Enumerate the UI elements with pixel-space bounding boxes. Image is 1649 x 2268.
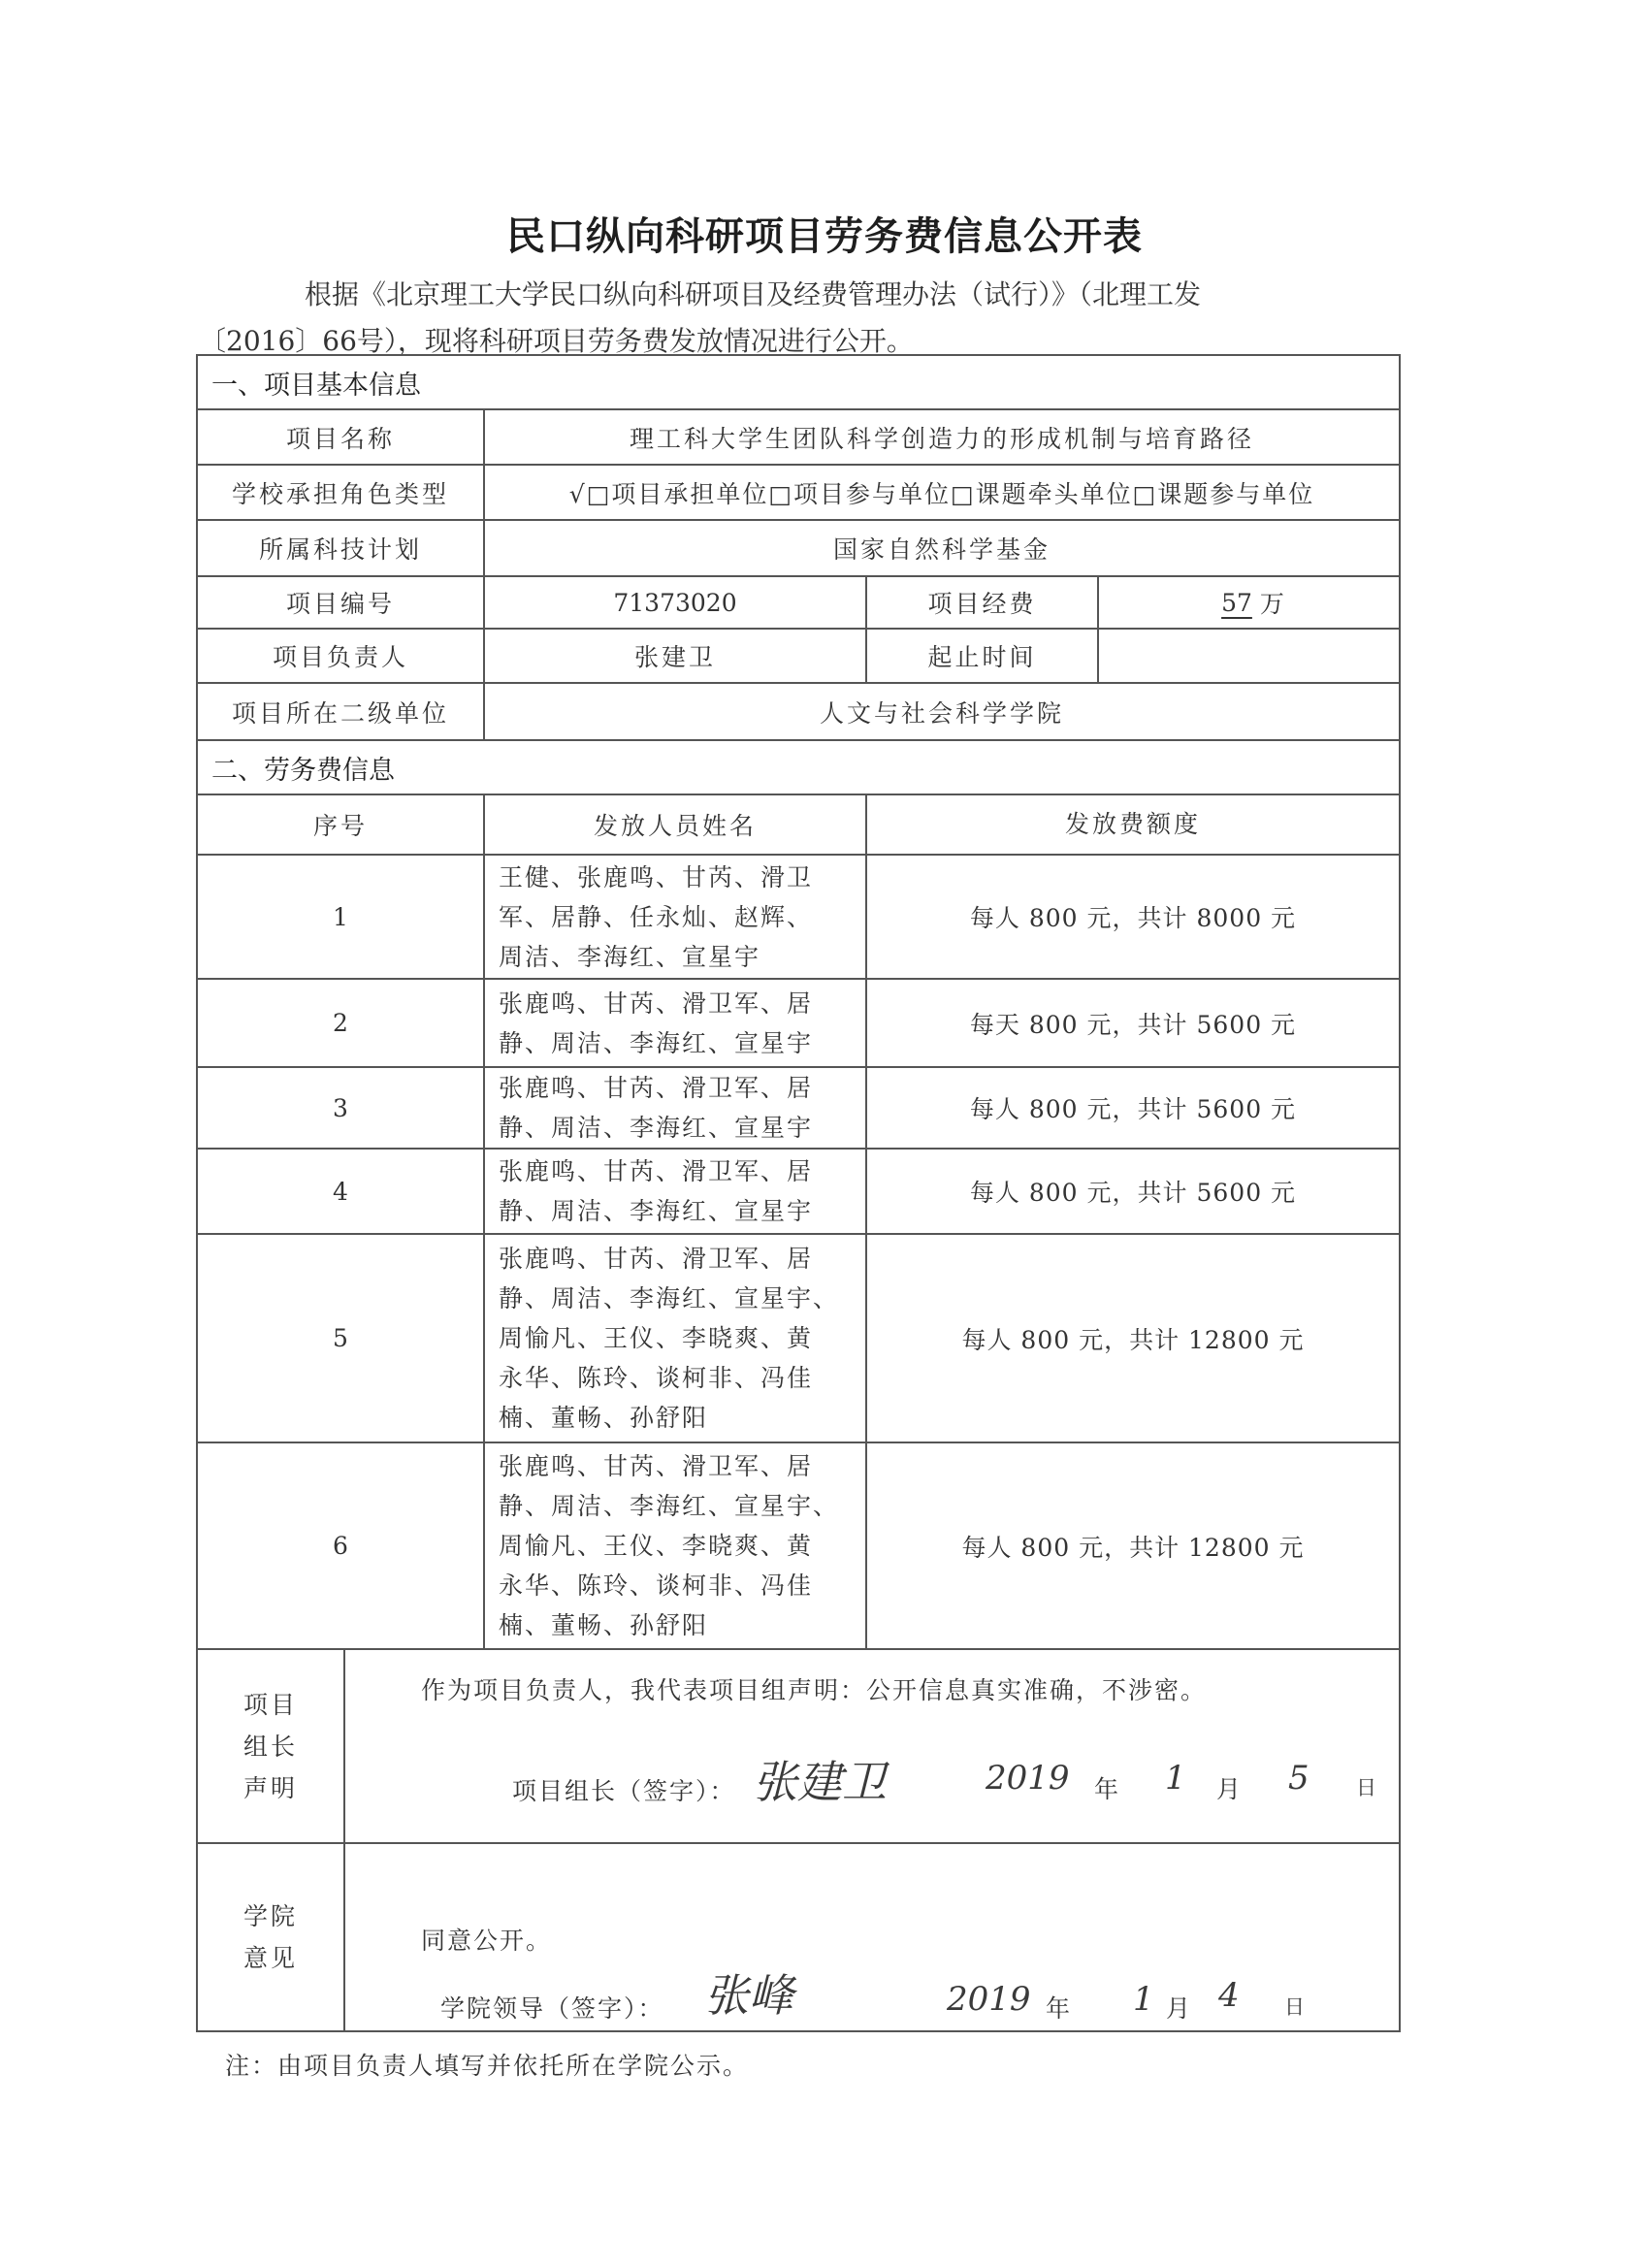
leader-signature: 张建卫 (753, 1747, 887, 1811)
names-line: 静、周洁、李海红、宣星宇 (499, 1023, 813, 1063)
project-number-label: 项目编号 (196, 575, 485, 630)
period-label: 起止时间 (865, 628, 1099, 684)
row-5-number: 5 (196, 1233, 485, 1443)
disclosure-table: 一、项目基本信息 项目名称 理工科大学生团队科学创造力的形成机制与培育路径 学校… (196, 354, 1401, 2032)
footnote: 注：由项目负责人填写并依托所在学院公示。 (225, 2047, 749, 2082)
row-5-amount: 每人 800 元，共计 12800 元 (865, 1233, 1401, 1443)
names-line: 张鹿鸣、甘芮、滑卫军、居 (499, 1446, 839, 1486)
names-line: 张鹿鸣、甘芮、滑卫军、居 (499, 1239, 839, 1279)
row-6-number: 6 (196, 1442, 485, 1650)
names-line: 静、周洁、李海红、宣星宇 (499, 1191, 813, 1231)
names-line: 静、周洁、李海红、宣星宇 (499, 1108, 813, 1148)
page-title: 民口纵向科研项目劳务费信息公开表 (0, 206, 1649, 261)
college-sign-year: 2019 (947, 1980, 1031, 2019)
row-2-amount: 每天 800 元，共计 5600 元 (865, 978, 1401, 1068)
row-2-names: 张鹿鸣、甘芮、滑卫军、居 静、周洁、李海红、宣星宇 (483, 978, 867, 1068)
period-value (1097, 628, 1401, 684)
declaration-label-line: 项目 (243, 1684, 298, 1726)
project-leader-label: 项目负责人 (196, 628, 485, 684)
leader-sign-year-unit: 年 (1094, 1770, 1118, 1805)
names-line: 静、周洁、李海红、宣星宇、 (499, 1279, 839, 1318)
college-opinion-text: 同意公开。 (421, 1922, 552, 1957)
tech-plan-value: 国家自然科学基金 (483, 519, 1401, 577)
college-opinion-label: 学院 意见 (196, 1842, 345, 2032)
leader-sign-label: 项目组长（签字）： (512, 1772, 736, 1807)
declaration-label: 项目 组长 声明 (196, 1648, 345, 1844)
col-header-amount: 发放费额度 (865, 794, 1401, 856)
college-leader-sign-label: 学院领导（签字）： (440, 1990, 664, 2025)
college-leader-signature: 张峰 (704, 1960, 793, 2025)
col-header-names: 发放人员姓名 (483, 794, 867, 856)
names-line: 楠、董畅、孙舒阳 (499, 1605, 839, 1645)
row-4-amount: 每人 800 元，共计 5600 元 (865, 1148, 1401, 1235)
row-5-names: 张鹿鸣、甘芮、滑卫军、居 静、周洁、李海红、宣星宇、 周愉凡、王仪、李晓爽、黄 … (483, 1233, 867, 1443)
row-3-amount: 每人 800 元，共计 5600 元 (865, 1066, 1401, 1150)
college-sign-day-unit: 日 (1284, 1992, 1305, 2021)
project-funding-unit: 万 (1260, 585, 1284, 620)
names-line: 楠、董畅、孙舒阳 (499, 1398, 839, 1438)
names-line: 王健、张鹿鸣、甘芮、滑卫 (499, 858, 813, 897)
intro-line-1: 根据《北京理工大学民口纵向科研项目及经费管理办法（试行）》（北理工发 (196, 272, 1408, 318)
leader-sign-day-unit: 日 (1356, 1772, 1376, 1801)
declaration-label-line: 声明 (243, 1767, 298, 1809)
row-1-amount: 每人 800 元，共计 8000 元 (865, 854, 1401, 980)
college-sign-month-unit: 月 (1166, 1990, 1190, 2025)
section1-heading: 一、项目基本信息 (196, 354, 1401, 410)
college-sign-month: 1 (1133, 1980, 1154, 2019)
section2-heading: 二、劳务费信息 (196, 739, 1401, 795)
college-sign-day: 4 (1218, 1976, 1240, 2015)
college-opinion-label-line: 意见 (243, 1937, 298, 1979)
declaration-statement: 作为项目负责人，我代表项目组声明：公开信息真实准确，不涉密。 (421, 1671, 1207, 1706)
names-line: 张鹿鸣、甘芮、滑卫军、居 (499, 1151, 813, 1191)
names-line: 张鹿鸣、甘芮、滑卫军、居 (499, 1068, 813, 1108)
row-2-number: 2 (196, 978, 485, 1068)
row-3-number: 3 (196, 1066, 485, 1150)
project-name-label: 项目名称 (196, 408, 485, 466)
names-line: 周愉凡、王仪、李晓爽、黄 (499, 1526, 839, 1566)
tech-plan-label: 所属科技计划 (196, 519, 485, 577)
project-leader-value: 张建卫 (483, 628, 867, 684)
names-line: 军、居静、任永灿、赵辉、 (499, 897, 813, 937)
leader-sign-year: 2019 (986, 1759, 1070, 1798)
row-3-names: 张鹿鸣、甘芮、滑卫军、居 静、周洁、李海红、宣星宇 (483, 1066, 867, 1150)
project-funding-cell: 57 万 (1097, 575, 1401, 630)
declaration-content: 作为项目负责人，我代表项目组声明：公开信息真实准确，不涉密。 项目组长（签字）：… (343, 1648, 1401, 1844)
project-name-value: 理工科大学生团队科学创造力的形成机制与培育路径 (483, 408, 1401, 466)
names-line: 周洁、李海红、宣星宇 (499, 937, 813, 977)
secondary-unit-value: 人文与社会科学学院 (483, 682, 1401, 741)
project-funding-value: 57 (1213, 589, 1260, 617)
leader-sign-month: 1 (1165, 1759, 1186, 1798)
project-number-value: 71373020 (483, 575, 867, 630)
project-funding-label: 项目经费 (865, 575, 1099, 630)
names-line: 周愉凡、王仪、李晓爽、黄 (499, 1318, 839, 1358)
row-6-amount: 每人 800 元，共计 12800 元 (865, 1442, 1401, 1650)
row-1-number: 1 (196, 854, 485, 980)
role-type-options: √□项目承担单位□项目参与单位□课题牵头单位□课题参与单位 (483, 464, 1401, 521)
leader-sign-month-unit: 月 (1216, 1770, 1241, 1805)
leader-sign-day: 5 (1288, 1759, 1309, 1798)
secondary-unit-label: 项目所在二级单位 (196, 682, 485, 741)
role-type-label: 学校承担角色类型 (196, 464, 485, 521)
names-line: 永华、陈玲、谈柯非、冯佳 (499, 1358, 839, 1398)
college-sign-year-unit: 年 (1046, 1990, 1070, 2025)
names-line: 永华、陈玲、谈柯非、冯佳 (499, 1566, 839, 1605)
names-line: 张鹿鸣、甘芮、滑卫军、居 (499, 984, 813, 1023)
row-6-names: 张鹿鸣、甘芮、滑卫军、居 静、周洁、李海红、宣星宇、 周愉凡、王仪、李晓爽、黄 … (483, 1442, 867, 1650)
row-1-names: 王健、张鹿鸣、甘芮、滑卫 军、居静、任永灿、赵辉、 周洁、李海红、宣星宇 (483, 854, 867, 980)
college-opinion-label-line: 学院 (243, 1895, 298, 1937)
declaration-label-line: 组长 (243, 1726, 298, 1767)
college-opinion-content: 同意公开。 学院领导（签字）： 张峰 2019 年 1 月 4 日 (343, 1842, 1401, 2032)
row-4-names: 张鹿鸣、甘芮、滑卫军、居 静、周洁、李海红、宣星宇 (483, 1148, 867, 1235)
col-header-number: 序号 (196, 794, 485, 856)
row-4-number: 4 (196, 1148, 485, 1235)
names-line: 静、周洁、李海红、宣星宇、 (499, 1486, 839, 1526)
